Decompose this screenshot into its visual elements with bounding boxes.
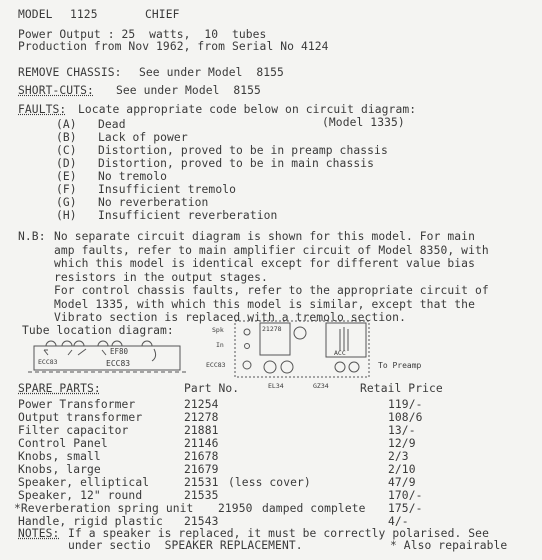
part-number: 21678 — [184, 450, 219, 463]
label-transformer: 21278 — [262, 326, 282, 333]
fault-code: (F) — [56, 183, 77, 196]
part-number: 21679 — [184, 463, 219, 476]
part-name: Speaker, 12" round — [18, 489, 142, 502]
part-number: 21278 — [184, 411, 219, 424]
faults-label: FAULTS: — [18, 103, 66, 116]
faults-model-ref: (Model 1335) — [322, 116, 405, 129]
part-name: Filter capacitor — [18, 424, 128, 437]
part-number: 21146 — [184, 437, 219, 450]
part-price: 13/- — [388, 424, 416, 437]
part-price: 2/10 — [388, 463, 416, 476]
tube-layout-left-diagram — [28, 335, 188, 379]
part-note: damped complete — [262, 502, 366, 515]
fault-description: Insufficient reverberation — [98, 209, 277, 222]
notes-line-2: under sectio SPEAKER REPLACEMENT. — [68, 539, 303, 552]
nb-line: amp faults, refer to main amplifier circ… — [54, 244, 489, 257]
fault-description: Dead — [98, 118, 126, 131]
label-spk: Spk — [212, 327, 224, 334]
remove-chassis-label: REMOVE CHASSIS: — [18, 66, 122, 79]
fault-description: No reverberation — [98, 196, 208, 209]
label-to-preamp: To Preamp — [378, 362, 421, 369]
part-name: *Reverberation spring unit — [14, 502, 193, 515]
production-info: Production from Nov 1962, from Serial No… — [18, 40, 329, 53]
model-name: CHIEF — [145, 8, 180, 21]
nb-line: which this model is identical except for… — [54, 257, 475, 270]
tube-label-ef80: EF80 — [110, 348, 128, 355]
part-price: 119/- — [388, 398, 423, 411]
part-price: 175/- — [388, 502, 423, 515]
fault-description: Distortion, proved to be in main chassis — [98, 157, 374, 170]
part-number: 21254 — [184, 398, 219, 411]
fault-code: (A) — [56, 118, 77, 131]
fault-description: Lack of power — [98, 131, 188, 144]
fault-code: (D) — [56, 157, 77, 170]
label-gz34: GZ34 — [313, 383, 329, 390]
remove-chassis-text: See under Model 8155 — [139, 66, 284, 79]
part-number: 21950 — [218, 502, 253, 515]
nb-line: Model 1335, with which this model is sim… — [54, 298, 475, 311]
fault-code: (G) — [56, 196, 77, 209]
part-price: 2/3 — [388, 450, 409, 463]
model-label: MODEL — [18, 8, 53, 21]
part-price: 170/- — [388, 489, 423, 502]
label-ecc83: ECC83 — [206, 362, 226, 369]
col-part-no: Part No. — [184, 382, 239, 395]
chassis-layout-right-diagram — [232, 319, 372, 379]
part-price: 47/9 — [388, 476, 416, 489]
tube-label-ecc83-a: ECC83 — [38, 359, 58, 366]
short-cuts-label: SHORT-CUTS: — [18, 84, 94, 97]
part-number: 21531 — [184, 476, 219, 489]
part-name: Power Transformer — [18, 398, 135, 411]
part-number: 21881 — [184, 424, 219, 437]
part-price: 12/9 — [388, 437, 416, 450]
part-name: Knobs, large — [18, 463, 101, 476]
notes-label: NOTES: — [18, 527, 59, 540]
part-name: Control Panel — [18, 437, 108, 450]
part-note: (less cover) — [228, 476, 311, 489]
short-cuts-text: See under Model 8155 — [116, 84, 261, 97]
fault-code: (B) — [56, 131, 77, 144]
fault-description: No tremolo — [98, 170, 167, 183]
nb-line: resistors in the output stages. — [54, 271, 268, 284]
fault-code: (E) — [56, 170, 77, 183]
faults-intro: Locate appropriate code below on circuit… — [78, 103, 416, 116]
nb-label: N.B: — [18, 230, 46, 243]
model-number: 1125 — [70, 8, 98, 21]
notes-footnote: * Also repairable — [390, 539, 507, 552]
label-el34: EL34 — [268, 383, 284, 390]
part-price: 108/6 — [388, 411, 423, 424]
fault-code: (H) — [56, 209, 77, 222]
fault-code: (C) — [56, 144, 77, 157]
part-name: Output transformer — [18, 411, 142, 424]
nb-line: No separate circuit diagram is shown for… — [54, 230, 475, 243]
part-number: 21535 — [184, 489, 219, 502]
spare-parts-label: SPARE PARTS: — [18, 382, 101, 395]
label-reverb-unit: ACC — [334, 350, 346, 357]
fault-description: Distortion, proved to be in preamp chass… — [98, 144, 388, 157]
part-name: Speaker, elliptical — [18, 476, 149, 489]
tube-label-ecc83-b: ECC83 — [106, 360, 130, 367]
part-name: Knobs, small — [18, 450, 101, 463]
nb-line: For control chassis faults, refer to the… — [54, 284, 489, 297]
fault-description: Insufficient tremolo — [98, 183, 236, 196]
col-retail-price: Retail Price — [360, 382, 443, 395]
label-in: In — [216, 342, 224, 349]
